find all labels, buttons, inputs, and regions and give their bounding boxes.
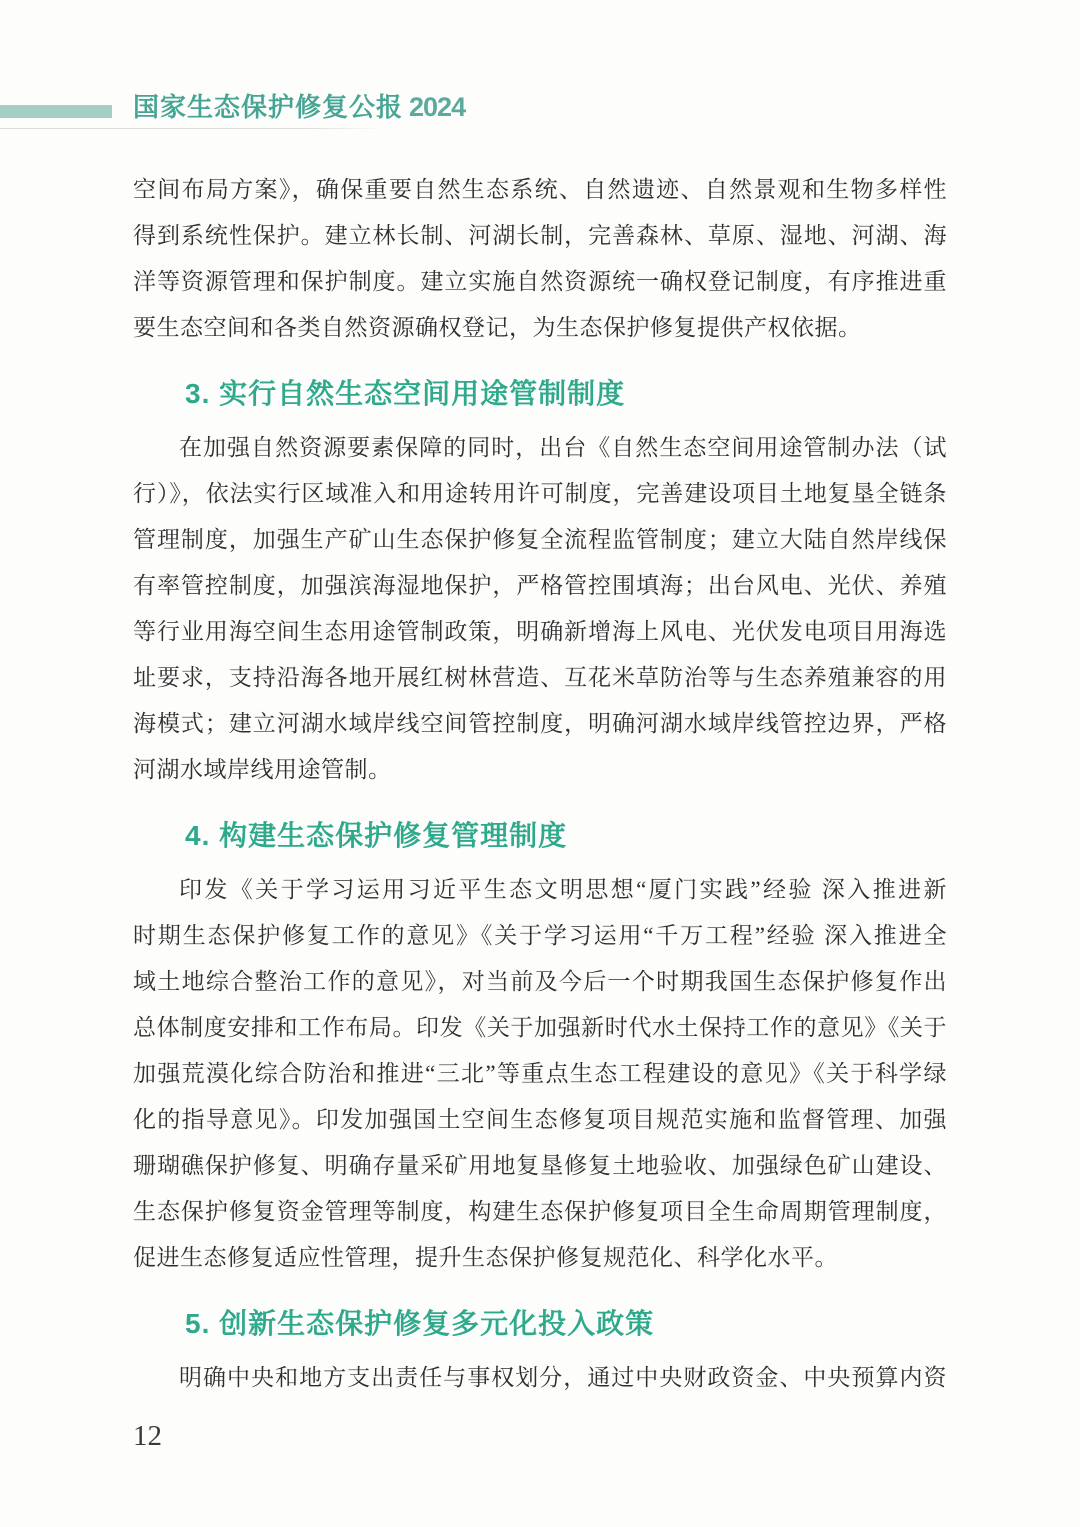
text-line: 印发《关于学习运用习近平生态文明思想“厦门实践”经验 深入推进新	[133, 867, 947, 913]
text-line: 河湖水域岸线用途管制。	[133, 747, 947, 793]
header-underline	[0, 128, 385, 129]
text-line: 化的指导意见》。印发加强国土空间生态修复项目规范实施和监督管理、加强	[133, 1097, 947, 1143]
text-line: 洋等资源管理和保护制度。建立实施自然资源统一确权登记制度，有序推进重	[133, 259, 947, 305]
text-line: 址要求，支持沿海各地开展红树林营造、互花米草防治等与生态养殖兼容的用	[133, 655, 947, 701]
header-accent-bar	[0, 105, 112, 118]
running-header: 国家生态保护修复公报2024	[0, 0, 1080, 132]
text-line: 加强荒漠化综合防治和推进“三北”等重点生态工程建设的意见》《关于科学绿	[133, 1051, 947, 1097]
text-line: 空间布局方案》，确保重要自然生态系统、自然遗迹、自然景观和生物多样性	[133, 167, 947, 213]
paragraph-section-5: 明确中央和地方支出责任与事权划分，通过中央财政资金、中央预算内资	[133, 1355, 947, 1401]
text-line: 时期生态保护修复工作的意见》《关于学习运用“千万工程”经验 深入推进全	[133, 913, 947, 959]
page-number: 12	[133, 1420, 162, 1453]
text-line: 域土地综合整治工作的意见》，对当前及今后一个时期我国生态保护修复作出	[133, 959, 947, 1005]
text-line: 明确中央和地方支出责任与事权划分，通过中央财政资金、中央预算内资	[133, 1355, 947, 1401]
text-line: 总体制度安排和工作布局。印发《关于加强新时代水土保持工作的意见》《关于	[133, 1005, 947, 1051]
text-line: 生态保护修复资金管理等制度，构建生态保护修复项目全生命周期管理制度，	[133, 1189, 947, 1235]
document-page: 国家生态保护修复公报2024 空间布局方案》，确保重要自然生态系统、自然遗迹、自…	[0, 0, 1080, 1527]
text-line: 管理制度，加强生产矿山生态保护修复全流程监管制度；建立大陆自然岸线保	[133, 517, 947, 563]
text-line: 行）》，依法实行区域准入和用途转用许可制度，完善建设项目土地复垦全链条	[133, 471, 947, 517]
section-heading-3: 3. 实行自然生态空间用途管制制度	[133, 371, 947, 417]
document-year: 2024	[409, 92, 465, 122]
text-line: 得到系统性保护。建立林长制、河湖长制，完善森林、草原、湿地、河湖、海	[133, 213, 947, 259]
text-line: 促进生态修复适应性管理，提升生态保护修复规范化、科学化水平。	[133, 1235, 947, 1281]
text-line: 有率管控制度，加强滨海湿地保护，严格管控围填海；出台风电、光伏、养殖	[133, 563, 947, 609]
paragraph-section-3: 在加强自然资源要素保障的同时，出台《自然生态空间用途管制办法（试行）》，依法实行…	[133, 425, 947, 793]
text-line: 珊瑚礁保护修复、明确存量采矿用地复垦修复土地验收、加强绿色矿山建设、	[133, 1143, 947, 1189]
paragraph-section-4: 印发《关于学习运用习近平生态文明思想“厦门实践”经验 深入推进新时期生态保护修复…	[133, 867, 947, 1281]
text-line: 等行业用海空间生态用途管制政策，明确新增海上风电、光伏发电项目用海选	[133, 609, 947, 655]
section-heading-4: 4. 构建生态保护修复管理制度	[133, 813, 947, 859]
text-line: 要生态空间和各类自然资源确权登记，为生态保护修复提供产权依据。	[133, 305, 947, 351]
text-line: 在加强自然资源要素保障的同时，出台《自然生态空间用途管制办法（试	[133, 425, 947, 471]
header-title-row: 国家生态保护修复公报2024	[133, 88, 465, 131]
section-heading-5: 5. 创新生态保护修复多元化投入政策	[133, 1301, 947, 1347]
document-body: 空间布局方案》，确保重要自然生态系统、自然遗迹、自然景观和生物多样性得到系统性保…	[133, 167, 947, 1401]
document-title: 国家生态保护修复公报	[133, 93, 403, 122]
text-line: 海模式；建立河湖水域岸线空间管控制度，明确河湖水域岸线管控边界，严格	[133, 701, 947, 747]
paragraph-continued: 空间布局方案》，确保重要自然生态系统、自然遗迹、自然景观和生物多样性得到系统性保…	[133, 167, 947, 351]
